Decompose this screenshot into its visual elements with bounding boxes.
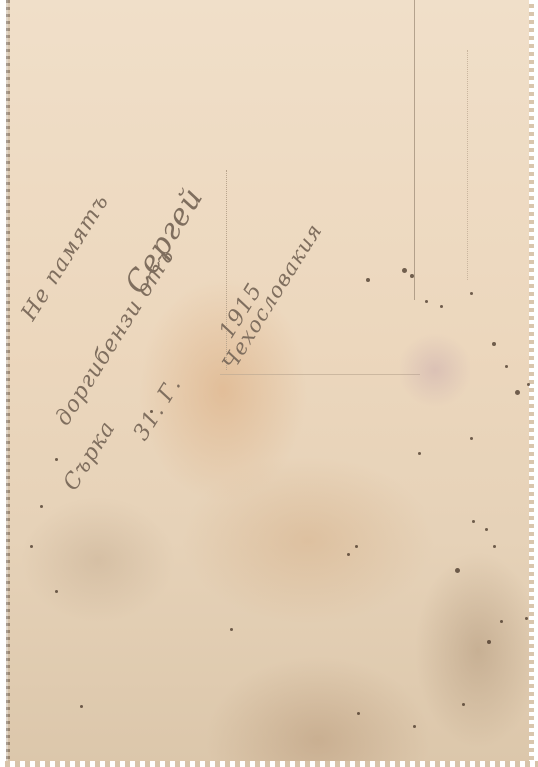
stain-spot bbox=[485, 528, 488, 531]
stain-spot bbox=[366, 278, 370, 282]
stain-spot bbox=[355, 545, 358, 548]
stain-spot bbox=[505, 365, 508, 368]
stain-spot bbox=[413, 725, 416, 728]
stain-spot bbox=[425, 300, 428, 303]
faded-stamp-trace bbox=[400, 330, 470, 410]
stain-spot bbox=[40, 505, 43, 508]
stain-spot bbox=[492, 342, 496, 346]
stain-spot bbox=[150, 410, 153, 413]
stain-spot bbox=[455, 568, 460, 573]
stain-spot bbox=[515, 390, 520, 395]
stain-spot bbox=[472, 520, 475, 523]
stain-spot bbox=[440, 305, 443, 308]
deckled-edge-left bbox=[6, 0, 10, 767]
stain-spot bbox=[493, 545, 496, 548]
stain-spot bbox=[525, 617, 528, 620]
faint-guide-line bbox=[226, 170, 227, 370]
stain-spot bbox=[418, 452, 421, 455]
faint-guide-line bbox=[220, 374, 420, 375]
stain-spot bbox=[462, 703, 465, 706]
stain-spot bbox=[55, 458, 58, 461]
stain-spot bbox=[230, 628, 233, 631]
faint-guide-line bbox=[467, 50, 468, 280]
stain-spot bbox=[80, 705, 83, 708]
stain-spot bbox=[357, 712, 360, 715]
stain-spot bbox=[347, 553, 350, 556]
stain-spot bbox=[527, 383, 530, 386]
stain-spot bbox=[55, 590, 58, 593]
stain-spot bbox=[410, 274, 414, 278]
deckled-edge-bottom bbox=[0, 761, 538, 767]
stain-spot bbox=[500, 620, 503, 623]
stain-spot bbox=[30, 545, 33, 548]
stain-spot bbox=[487, 640, 491, 644]
stain-spot bbox=[470, 437, 473, 440]
stain-spot bbox=[402, 268, 407, 273]
address-divider-line bbox=[414, 0, 415, 300]
stain-spot bbox=[470, 292, 473, 295]
